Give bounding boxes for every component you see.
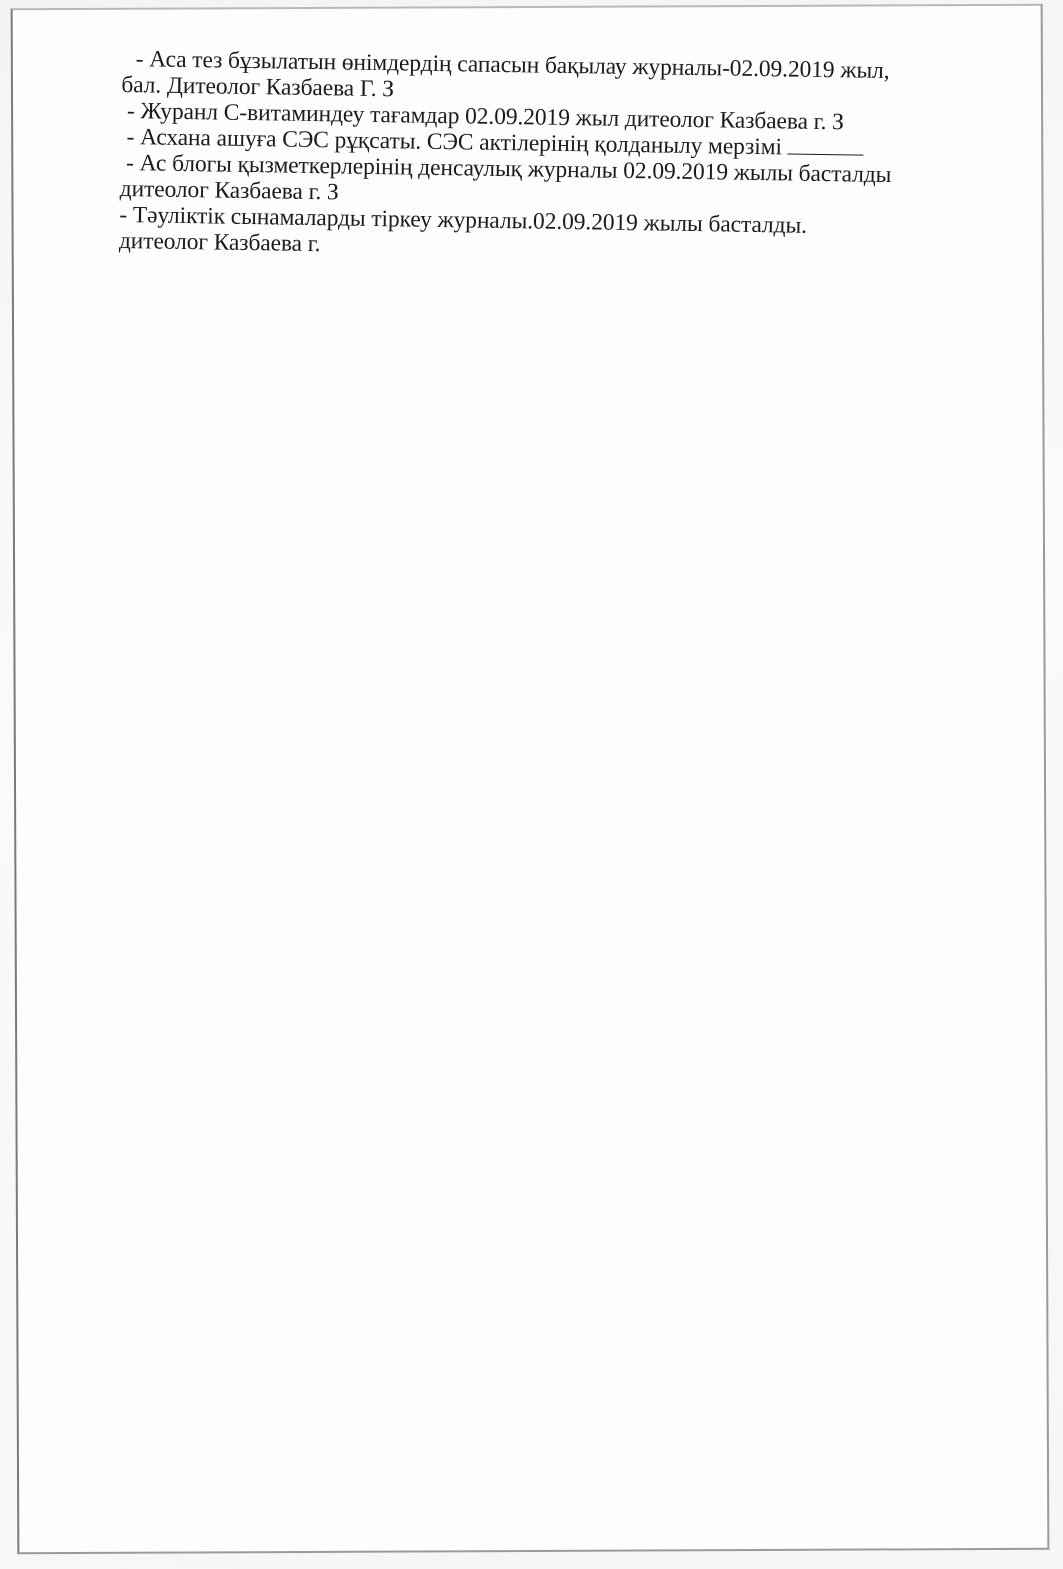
document-text: - Аса тез бұзылатын өнімдердің сапасын б… (119, 46, 1022, 268)
blank-fill-line (788, 135, 864, 155)
